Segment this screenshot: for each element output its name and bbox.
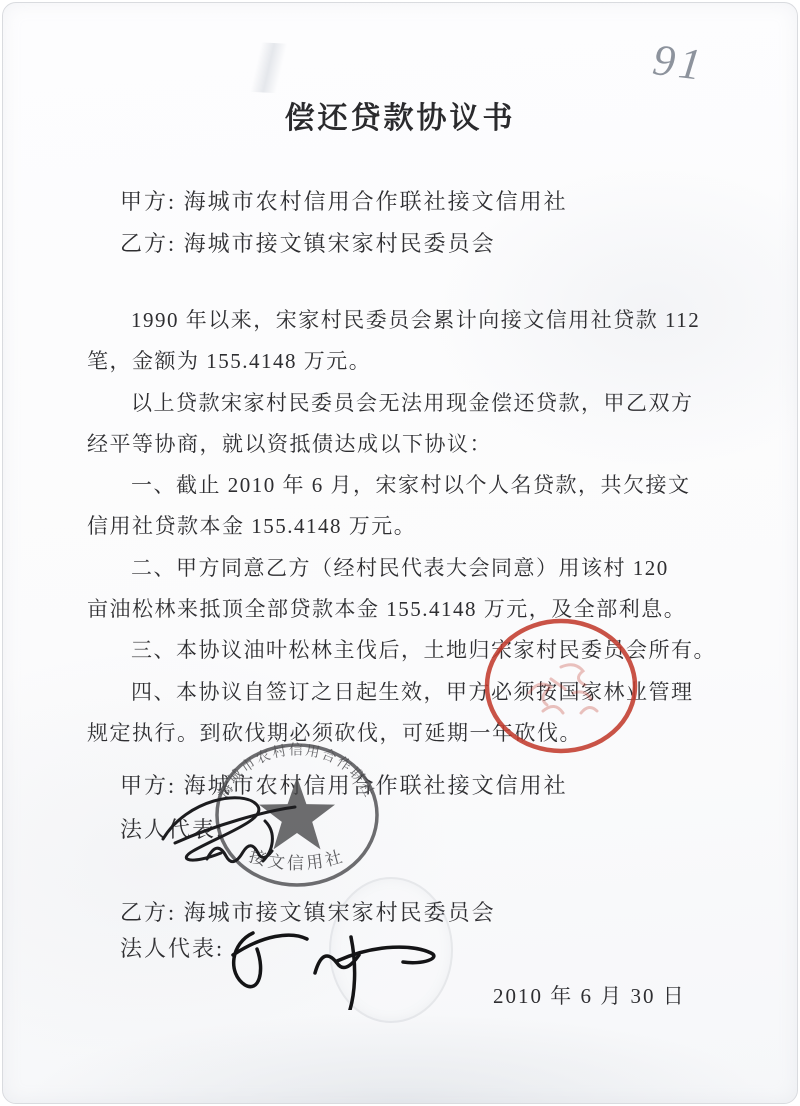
body-line: 笔，金额为 155.4148 万元。 — [87, 341, 729, 382]
page-number-annotation: 91 — [650, 34, 708, 91]
party-b-line: 乙方: 海城市接文镇宋家村民委员会 — [120, 223, 568, 265]
body-line: 1990 年以来，宋家村民委员会累计向接文信用社贷款 112 — [87, 300, 729, 341]
body-line: 三、本协议油叶松林主伐后，土地归宋家村民委员会所有。 — [87, 630, 729, 671]
body-line: 亩油松林来抵顶全部贷款本金 155.4148 万元，及全部利息。 — [87, 589, 729, 630]
signature-party-a-line: 甲方: 海城市农村信用合作联社接文信用社 — [120, 769, 568, 800]
scanned-document: 91 偿还贷款协议书 甲方: 海城市农村信用合作联社接文信用社 乙方: 海城市接… — [0, 0, 800, 1106]
body-line: 四、本协议自签订之日起生效，甲方必须按国家林业管理 — [87, 672, 729, 713]
rep-label-party-a: 法人代表: — [120, 813, 224, 844]
body-line: 规定执行。到砍伐期必须砍伐，可延期一年砍伐。 — [87, 713, 729, 754]
rep-label-party-b: 法人代表: — [120, 932, 224, 963]
parties-block: 甲方: 海城市农村信用合作联社接文信用社 乙方: 海城市接文镇宋家村民委员会 — [120, 181, 568, 265]
date-line: 2010 年 6 月 30 日 — [493, 980, 686, 1010]
body-line: 一、截止 2010 年 6 月，宋家村以个人名贷款，共欠接文 — [87, 465, 729, 506]
paper-page: 91 偿还贷款协议书 甲方: 海城市农村信用合作联社接文信用社 乙方: 海城市接… — [2, 2, 798, 1104]
party-a-line: 甲方: 海城市农村信用合作联社接文信用社 — [120, 181, 568, 223]
body-line: 以上贷款宋家村民委员会无法用现金偿还贷款，甲乙双方 — [87, 383, 729, 424]
official-seal: 海城市农村信用合作联社 接文信用社 — [211, 739, 383, 891]
body-line: 信用社贷款本金 155.4148 万元。 — [87, 506, 729, 547]
body-line: 经平等协商，就以资抵债达成以下协议： — [87, 424, 729, 465]
body-line: 二、甲方同意乙方（经村民代表大会同意）用该村 120 — [87, 548, 729, 589]
ghost-seal — [329, 877, 453, 1023]
svg-text:接文信用社: 接文信用社 — [247, 847, 347, 873]
agreement-body: 1990 年以来，宋家村民委员会累计向接文信用社贷款 112 笔，金额为 155… — [87, 300, 729, 754]
seal-bottom-text: 接文信用社 — [247, 847, 347, 873]
document-title: 偿还贷款协议书 — [3, 93, 797, 137]
